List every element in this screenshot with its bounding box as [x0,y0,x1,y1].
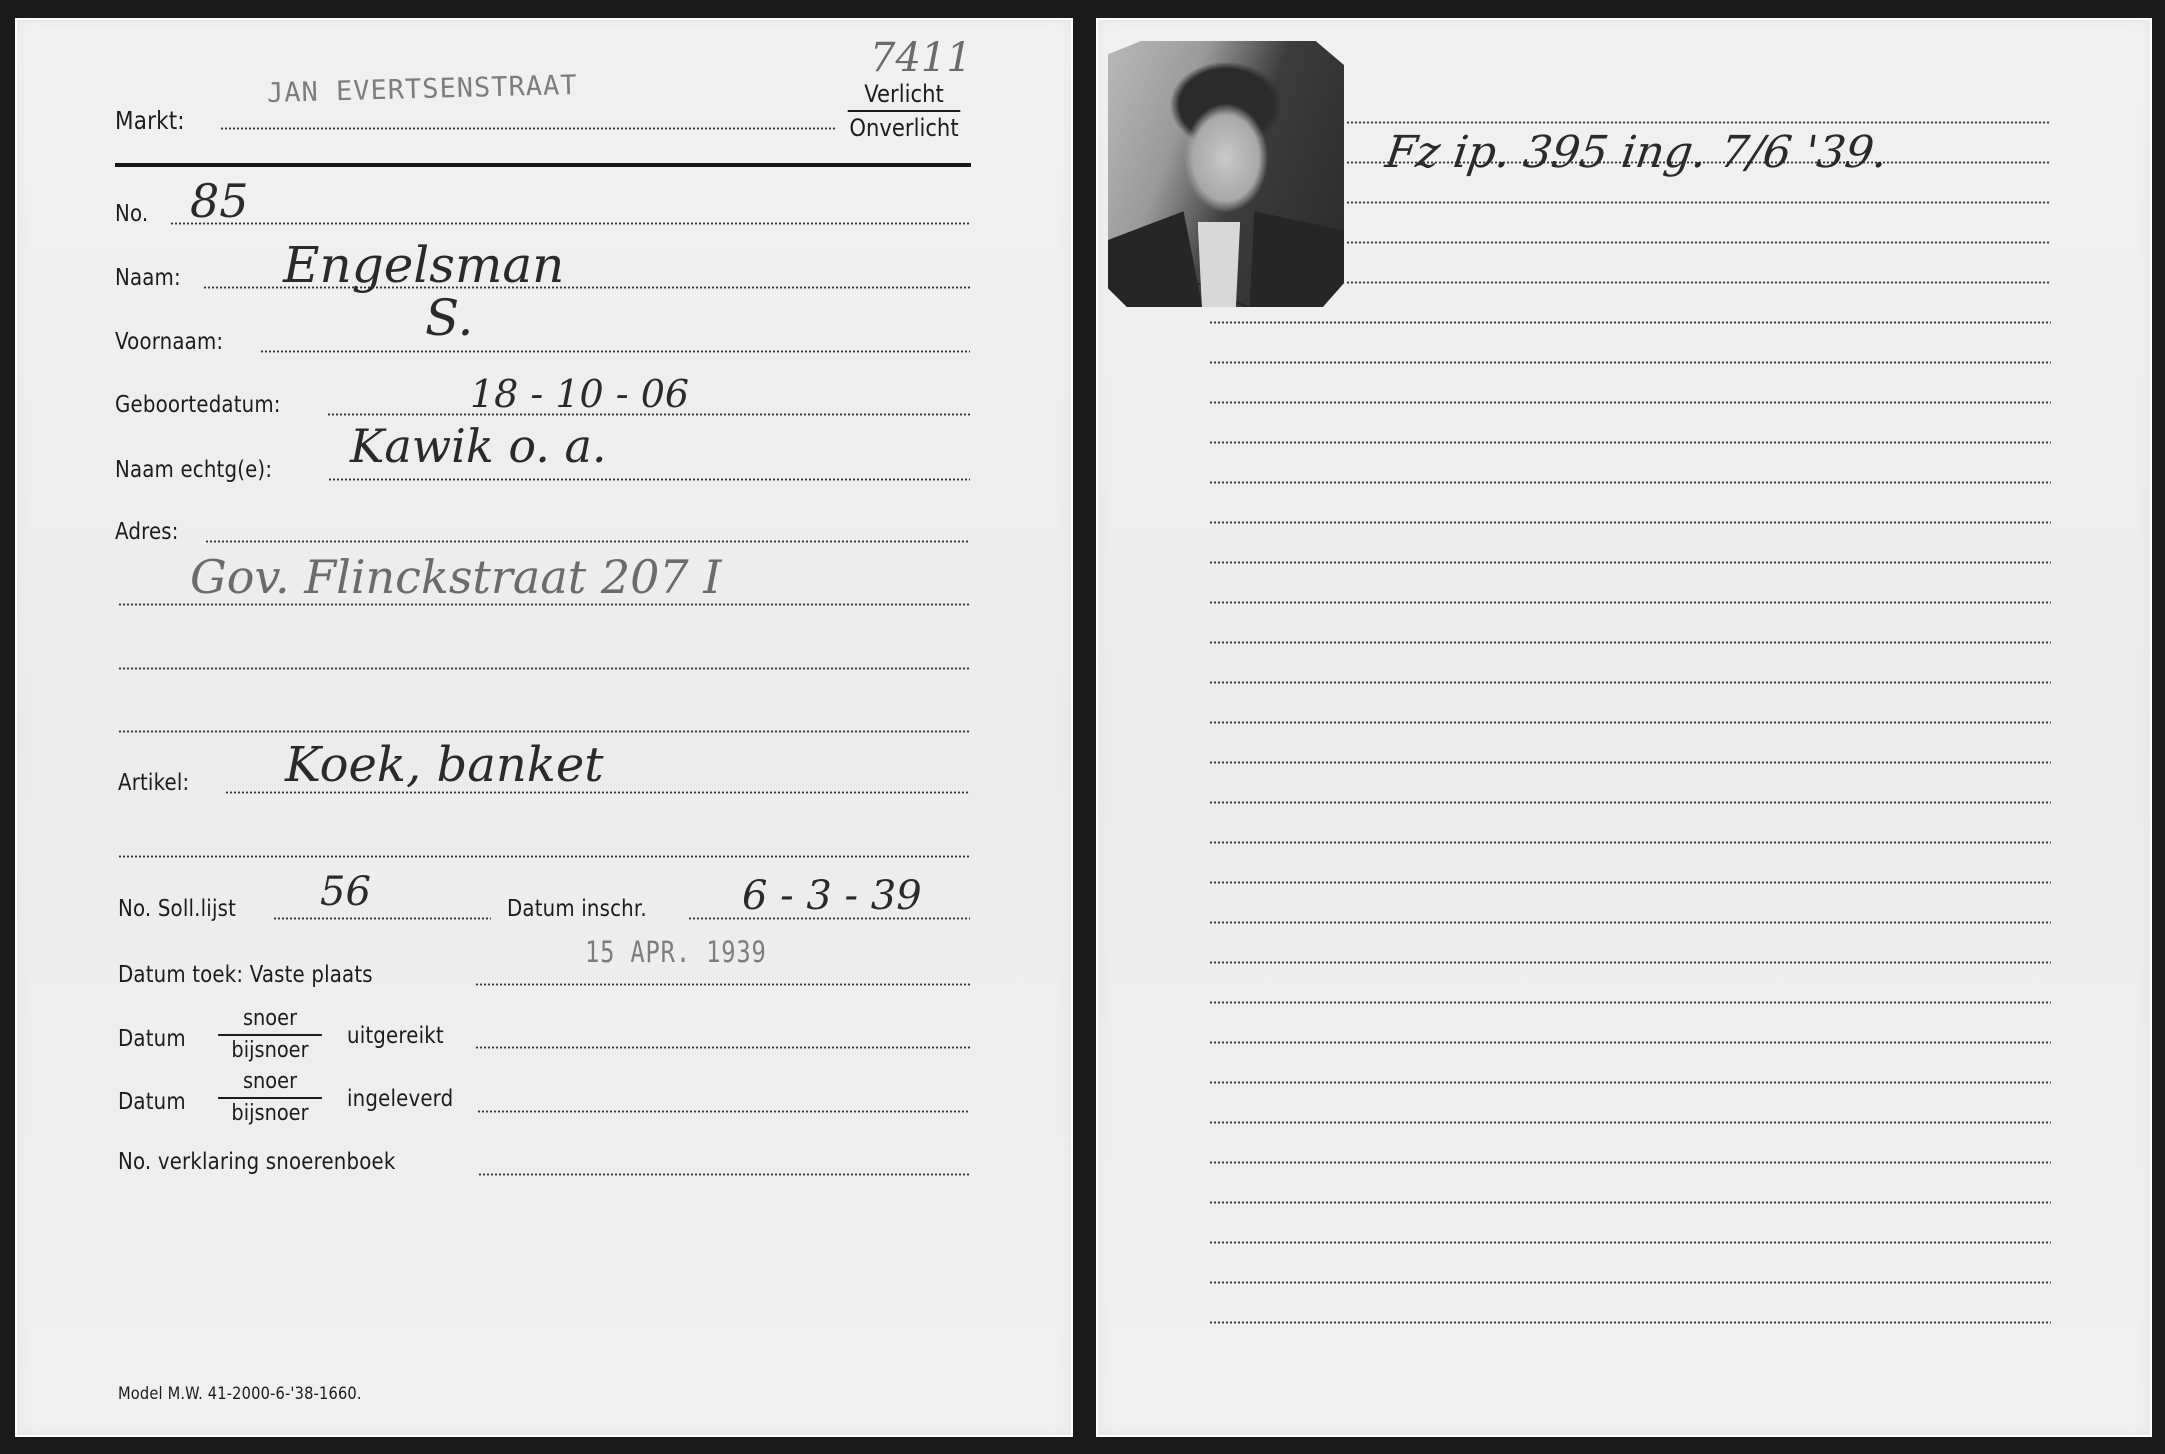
naam-echtgenote-line [328,478,970,481]
ingeleverd-line[interactable] [477,1110,970,1113]
voornaam-value[interactable]: S. [425,293,473,343]
ingeleverd-fraction: snoer bijsnoer [218,1071,322,1125]
ruled-line [1209,1281,2051,1284]
uitgereikt-prefix-label: Datum [118,1028,186,1051]
ruled-line [1209,1161,2051,1164]
lighting-handwritten-mark: 7411 [870,38,972,78]
ruled-line [1346,121,2051,124]
lighting-fraction: Verlicht Onverlicht [848,82,961,140]
geboortedatum-value[interactable]: 18 - 10 - 06 [470,375,689,413]
artikel-label: Artikel: [118,772,189,795]
model-footer: Model M.W. 41-2000-6-'38-1660. [118,1386,362,1403]
ruled-line [1209,481,2051,484]
adres-line-1 [205,540,970,543]
adres-line-3 [118,667,970,670]
ruled-line [1209,1201,2051,1204]
photo-shirt [1198,222,1240,307]
verlicht-label: Verlicht [848,82,961,106]
adres-value[interactable]: Gov. Flinckstraat 207 I [190,554,721,600]
markt-line [220,127,837,130]
fraction-bar [218,1097,322,1099]
ruled-line [1209,801,2051,804]
ruled-line [1209,561,2051,564]
naam-echtgenote-value[interactable]: Kawik o. a. [350,423,607,469]
fraction-bar [218,1034,322,1036]
ruled-line [1209,1081,2051,1084]
datum-toek-label: Datum toek: Vaste plaats [118,964,373,987]
ruled-line [1209,681,2051,684]
fraction-bar [848,110,961,112]
ingeleverd-suffix-label: ingeleverd [347,1088,453,1111]
no-label: No. [115,203,148,226]
datum-inschr-value[interactable]: 6 - 3 - 39 [742,876,922,916]
ruled-line [1209,1321,2051,1324]
handwritten-note: Fz ip. 395 ing. 7/6 '39. [1383,131,1890,175]
uitgereikt-fraction: snoer bijsnoer [218,1008,322,1062]
naam-value[interactable]: Engelsman [283,240,564,290]
portrait-photo [1108,41,1344,307]
onverlicht-label: Onverlicht [848,116,961,140]
verklaring-label: No. verklaring snoerenboek [118,1151,395,1174]
naam-echtgenote-label: Naam echtg(e): [115,459,272,482]
adres-label: Adres: [115,521,179,544]
markt-label: Markt: [115,108,185,133]
naam-label: Naam: [115,267,181,290]
uitgereikt-line[interactable] [475,1046,970,1049]
no-line [170,222,970,225]
artikel-line-2 [118,855,970,858]
ruled-line [1209,441,2051,444]
no-value[interactable]: 85 [190,178,249,224]
datum-toek-stamp: 15 APR. 1939 [585,938,767,967]
ruled-line [1209,881,2051,884]
bijsnoer-label: bijsnoer [218,1103,322,1125]
ruled-line [1209,601,2051,604]
ruled-line [1209,1121,2051,1124]
ingeleverd-prefix-label: Datum [118,1091,186,1114]
verklaring-line[interactable] [478,1173,970,1176]
ruled-line [1346,241,2051,244]
ruled-line [1209,721,2051,724]
uitgereikt-suffix-label: uitgereikt [347,1025,444,1048]
adres-line-4 [118,730,970,733]
datum-toek-line [475,983,970,986]
markt-value: JAN EVERTSENSTRAAT [267,72,578,107]
registration-card-front: Markt: JAN EVERTSENSTRAAT Verlicht Onver… [15,18,1073,1437]
ruled-line [1209,521,2051,524]
ruled-line [1209,641,2051,644]
ruled-line [1209,761,2051,764]
header-rule [115,163,971,167]
registration-card-back: Fz ip. 395 ing. 7/6 '39. [1096,18,2152,1437]
voornaam-line [260,350,970,353]
ruled-line [1346,281,2051,284]
soll-lijst-label: No. Soll.lijst [118,898,236,921]
ruled-line [1209,841,2051,844]
ruled-line [1209,321,2051,324]
ruled-line [1209,401,2051,404]
ruled-line [1209,1001,2051,1004]
soll-lijst-value[interactable]: 56 [320,872,371,912]
datum-inschr-label: Datum inschr. [507,898,647,921]
adres-line-2 [118,603,970,606]
ruled-line [1209,1241,2051,1244]
ruled-line [1209,1041,2051,1044]
ruled-line [1209,921,2051,924]
ruled-line [1346,201,2051,204]
geboortedatum-label: Geboortedatum: [115,394,281,417]
voornaam-label: Voornaam: [115,331,223,354]
artikel-value[interactable]: Koek, banket [285,741,604,789]
snoer-label: snoer [218,1071,322,1093]
snoer-label: snoer [218,1008,322,1030]
ruled-line [1209,361,2051,364]
bijsnoer-label: bijsnoer [218,1040,322,1062]
soll-lijst-line [273,917,491,920]
ruled-line [1209,961,2051,964]
